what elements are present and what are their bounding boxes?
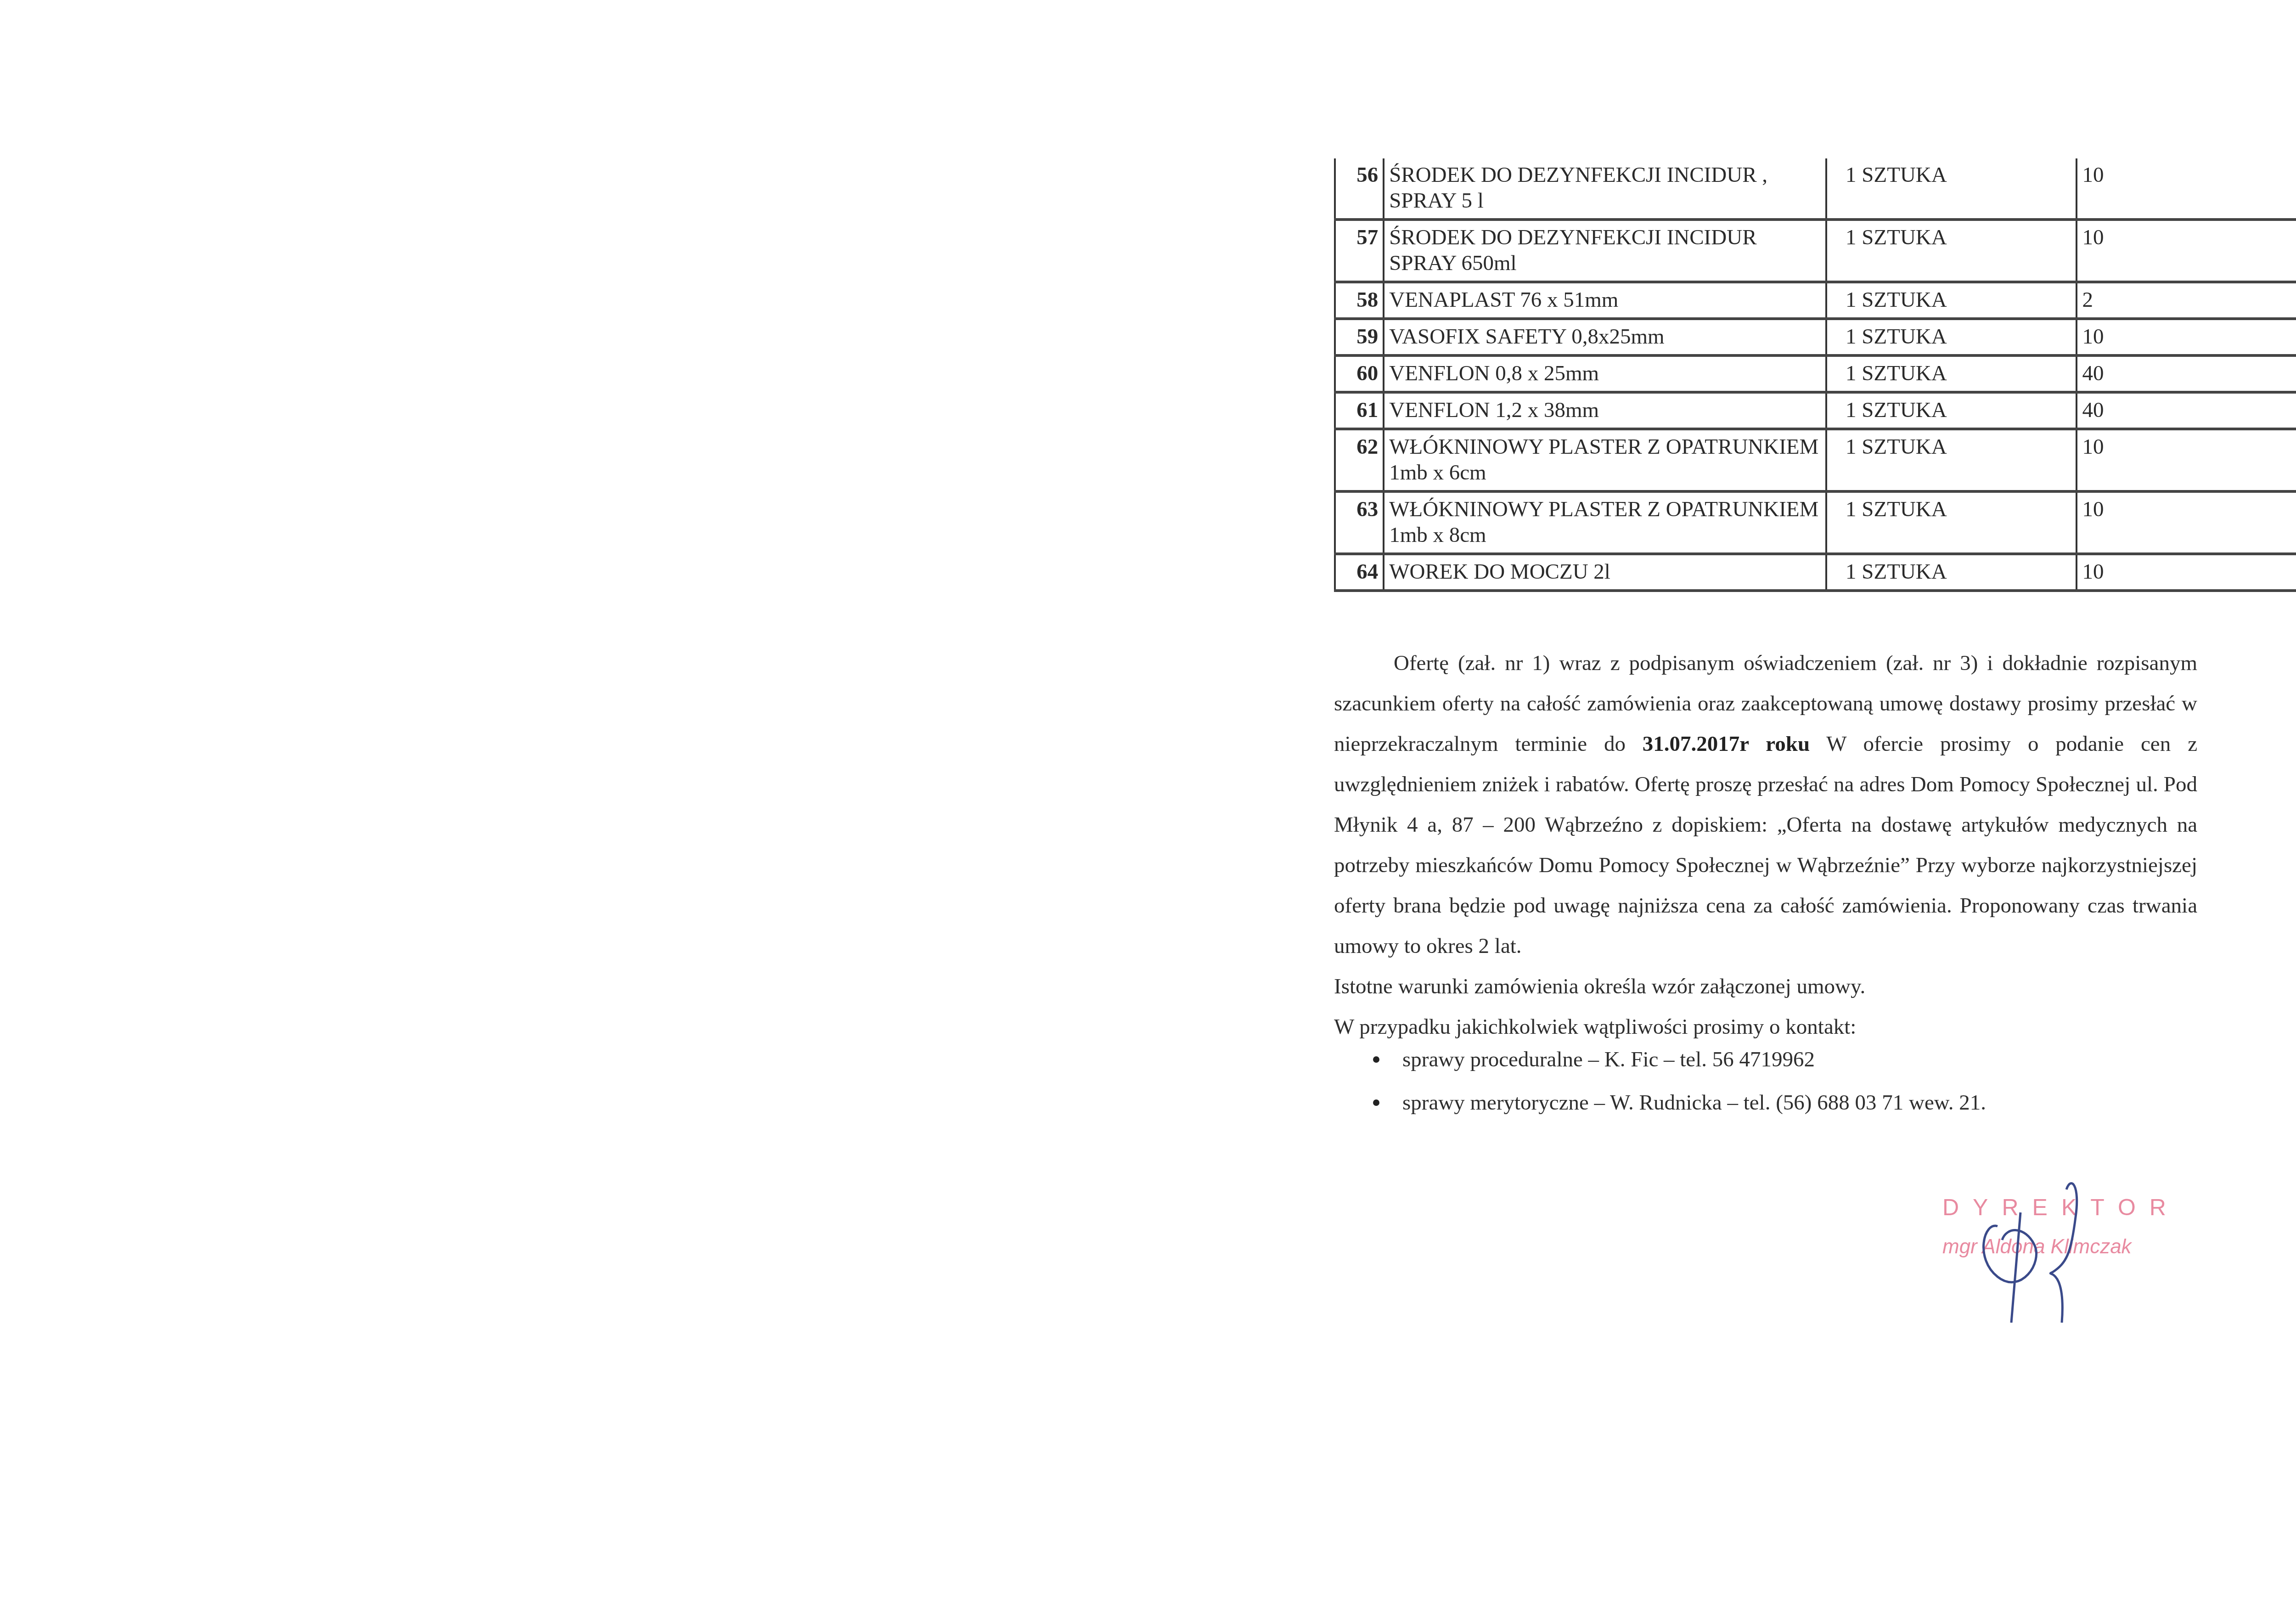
item-unit: 1 SZTUKA: [1826, 429, 2077, 491]
table-row: 63WŁÓKNINOWY PLASTER Z OPATRUNKIEM 1mb x…: [1335, 491, 2296, 554]
offer-instructions: Ofertę (zał. nr 1) wraz z podpisanym ośw…: [1334, 643, 2197, 1047]
contact-item: sprawy proceduralne – K. Fic – tel. 56 4…: [1373, 1038, 1986, 1081]
item-unit: 1 SZTUKA: [1826, 355, 2077, 392]
instructions-text-2: W ofercie prosimy o podanie cen z uwzglę…: [1334, 732, 2197, 958]
table-row: 58VENAPLAST 76 x 51mm1 SZTUKA2: [1335, 282, 2296, 319]
bullet-icon: [1373, 1056, 1379, 1063]
contact-substantive: sprawy merytoryczne – W. Rudnicka – tel.…: [1402, 1090, 1986, 1115]
item-quantity: 10: [2077, 158, 2296, 220]
table-row: 62WŁÓKNINOWY PLASTER Z OPATRUNKIEM 1mb x…: [1335, 429, 2296, 491]
item-number: 62: [1335, 429, 1384, 491]
item-quantity: 40: [2077, 392, 2296, 429]
item-unit: 1 SZTUKA: [1826, 392, 2077, 429]
director-stamp: DYREKTOR mgr Aldona Klimczak: [1929, 1185, 2186, 1313]
deadline-date: 31.07.2017r roku: [1643, 732, 1810, 756]
item-description: VENFLON 1,2 x 38mm: [1384, 392, 1826, 429]
item-unit: 1 SZTUKA: [1826, 282, 2077, 319]
item-number: 60: [1335, 355, 1384, 392]
table-row: 59VASOFIX SAFETY 0,8x25mm1 SZTUKA10: [1335, 319, 2296, 355]
item-number: 64: [1335, 554, 1384, 591]
item-unit: 1 SZTUKA: [1826, 319, 2077, 355]
item-quantity: 10: [2077, 220, 2296, 282]
item-number: 61: [1335, 392, 1384, 429]
item-quantity: 10: [2077, 429, 2296, 491]
contact-item: sprawy merytoryczne – W. Rudnicka – tel.…: [1373, 1081, 1986, 1124]
item-description: VENFLON 0,8 x 25mm: [1384, 355, 1826, 392]
item-number: 58: [1335, 282, 1384, 319]
item-number: 59: [1335, 319, 1384, 355]
table-row: 61VENFLON 1,2 x 38mm1 SZTUKA40: [1335, 392, 2296, 429]
item-number: 63: [1335, 491, 1384, 554]
item-quantity: 10: [2077, 554, 2296, 591]
contact-list: sprawy proceduralne – K. Fic – tel. 56 4…: [1373, 1038, 1986, 1124]
table-row: 64WOREK DO MOCZU 2l1 SZTUKA10: [1335, 554, 2296, 591]
item-description: WŁÓKNINOWY PLASTER Z OPATRUNKIEM 1mb x 8…: [1384, 491, 1826, 554]
item-unit: 1 SZTUKA: [1826, 158, 2077, 220]
item-number: 56: [1335, 158, 1384, 220]
items-table: 56ŚRODEK DO DEZYNFEKCJI INCIDUR , SPRAY …: [1334, 158, 2296, 592]
contact-procedural: sprawy proceduralne – K. Fic – tel. 56 4…: [1402, 1047, 1815, 1072]
item-description: WŁÓKNINOWY PLASTER Z OPATRUNKIEM 1mb x 6…: [1384, 429, 1826, 491]
item-quantity: 40: [2077, 355, 2296, 392]
signature-icon: [1929, 1148, 2186, 1323]
item-quantity: 10: [2077, 491, 2296, 554]
item-description: WOREK DO MOCZU 2l: [1384, 554, 1826, 591]
terms-line: Istotne warunki zamówienia określa wzór …: [1334, 966, 2197, 1007]
item-description: ŚRODEK DO DEZYNFEKCJI INCIDUR SPRAY 650m…: [1384, 220, 1826, 282]
item-quantity: 2: [2077, 282, 2296, 319]
table-row: 56ŚRODEK DO DEZYNFEKCJI INCIDUR , SPRAY …: [1335, 158, 2296, 220]
item-description: VENAPLAST 76 x 51mm: [1384, 282, 1826, 319]
table-row: 60VENFLON 0,8 x 25mm1 SZTUKA40: [1335, 355, 2296, 392]
item-number: 57: [1335, 220, 1384, 282]
item-description: ŚRODEK DO DEZYNFEKCJI INCIDUR , SPRAY 5 …: [1384, 158, 1826, 220]
table-row: 57ŚRODEK DO DEZYNFEKCJI INCIDUR SPRAY 65…: [1335, 220, 2296, 282]
bullet-icon: [1373, 1099, 1379, 1106]
item-unit: 1 SZTUKA: [1826, 554, 2077, 591]
item-quantity: 10: [2077, 319, 2296, 355]
item-unit: 1 SZTUKA: [1826, 491, 2077, 554]
item-unit: 1 SZTUKA: [1826, 220, 2077, 282]
item-description: VASOFIX SAFETY 0,8x25mm: [1384, 319, 1826, 355]
